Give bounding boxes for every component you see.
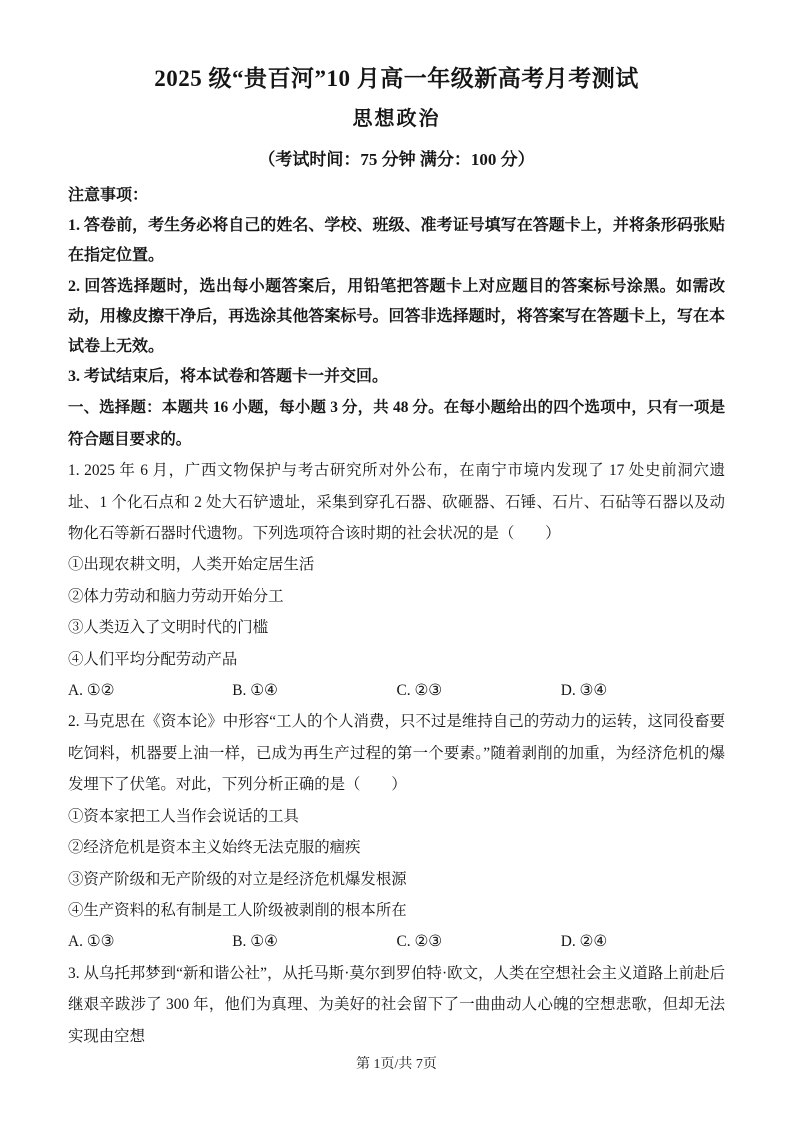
question-1-choice-d: D. ③④: [561, 675, 725, 706]
question-1-statement-4: ④人们平均分配劳动产品: [68, 644, 725, 675]
question-1-choices: A. ①② B. ①④ C. ②③ D. ③④: [68, 675, 725, 706]
question-2-stem: 2. 马克思在《资本论》中形容“工人的个人消费，只不过是维持自己的劳动力的运转，…: [68, 706, 725, 800]
subject-title: 思想政治: [68, 106, 725, 133]
question-2-choice-a: A. ①③: [68, 926, 232, 957]
question-3: 3. 从乌托邦梦到“新和谐公社”，从托马斯·莫尔到罗伯特·欧文，人类在空想社会主…: [68, 958, 725, 1052]
notice-item-1: 1. 答卷前，考生务必将自己的姓名、学校、班级、准考证号填写在答题卡上，并将条形…: [68, 211, 725, 271]
question-2-statement-1: ①资本家把工人当作会说话的工具: [68, 801, 725, 832]
question-2-statement-4: ④生产资料的私有制是工人阶级被剥削的根本所在: [68, 895, 725, 926]
question-1-statement-1: ①出现农耕文明，人类开始定居生活: [68, 549, 725, 580]
question-2-statement-2: ②经济危机是资本主义始终无法克服的痼疾: [68, 832, 725, 863]
section-heading: 一、选择题：本题共 16 小题，每小题 3 分，共 48 分。在每小题给出的四个…: [68, 392, 725, 455]
question-1-statement-3: ③人类迈入了文明时代的门槛: [68, 612, 725, 643]
notice-item-3: 3. 考试结束后，将本试卷和答题卡一并交回。: [68, 362, 725, 392]
question-2: 2. 马克思在《资本论》中形容“工人的个人消费，只不过是维持自己的劳动力的运转，…: [68, 706, 725, 957]
page-number: 第 1页/共 7页: [68, 1055, 725, 1075]
question-2-statement-3: ③资产阶级和无产阶级的对立是经济危机爆发根源: [68, 864, 725, 895]
question-2-choice-b: B. ①④: [232, 926, 396, 957]
question-area: 一、选择题：本题共 16 小题，每小题 3 分，共 48 分。在每小题给出的四个…: [68, 392, 725, 1052]
question-1-choice-b: B. ①④: [232, 675, 396, 706]
question-1-stem: 1. 2025 年 6 月，广西文物保护与考古研究所对外公布，在南宁市境内发现了…: [68, 455, 725, 549]
exam-info: （考试时间：75 分钟 满分：100 分）: [68, 148, 725, 172]
question-3-stem: 3. 从乌托邦梦到“新和谐公社”，从托马斯·莫尔到罗伯特·欧文，人类在空想社会主…: [68, 958, 725, 1052]
question-2-choices: A. ①③ B. ①④ C. ②③ D. ②④: [68, 926, 725, 957]
question-1: 1. 2025 年 6 月，广西文物保护与考古研究所对外公布，在南宁市境内发现了…: [68, 455, 725, 706]
notice-section: 注意事项： 1. 答卷前，考生务必将自己的姓名、学校、班级、准考证号填写在答题卡…: [68, 181, 725, 392]
question-2-choice-d: D. ②④: [561, 926, 725, 957]
question-1-choice-c: C. ②③: [397, 675, 561, 706]
question-2-choice-c: C. ②③: [397, 926, 561, 957]
notice-item-2: 2. 回答选择题时，选出每小题答案后，用铅笔把答题卡上对应题目的答案标号涂黑。如…: [68, 272, 725, 363]
page-title: 2025 级“贵百河”10 月高一年级新高考月考测试: [68, 64, 725, 94]
question-1-choice-a: A. ①②: [68, 675, 232, 706]
question-1-statement-2: ②体力劳动和脑力劳动开始分工: [68, 581, 725, 612]
exam-paper-page: 2025 级“贵百河”10 月高一年级新高考月考测试 思想政治 （考试时间：75…: [0, 0, 793, 1122]
notice-heading: 注意事项：: [68, 181, 725, 211]
